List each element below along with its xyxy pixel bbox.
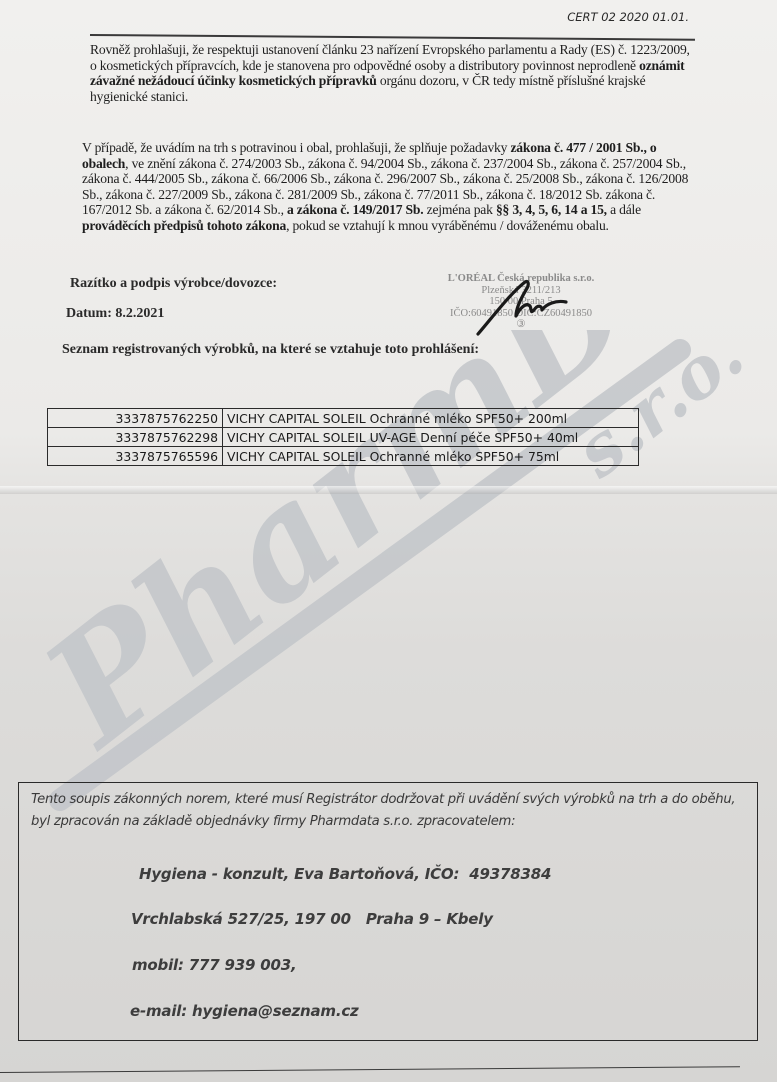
p2-bold-3: §§ 3, 4, 5, 6, 14 a 15, [496, 202, 607, 217]
processor-mobile: mobil: 777 939 003, [132, 956, 296, 974]
p2-text-1: V případě, že uvádím na trh s potravinou… [82, 140, 510, 155]
table-row: 3337875765596 VICHY CAPITAL SOLEIL Ochra… [48, 447, 639, 466]
signature-icon [470, 276, 570, 336]
processor-intro-text: Tento soupis zákonných norem, které musí… [31, 789, 751, 833]
table-row: 3337875762298 VICHY CAPITAL SOLEIL UV-AG… [48, 428, 639, 447]
product-ean: 3337875762250 [48, 409, 223, 428]
processor-company: Hygiena - konzult, Eva Bartoňová, IČO: 4… [139, 865, 551, 883]
document-page: PharmData s.r.o. CERT 02 2020 01.01. Rov… [0, 0, 777, 1082]
svg-text:PharmData: PharmData [40, 330, 777, 781]
p2-text-5: , pokud se vztahují k mnou vyráběnému / … [286, 218, 609, 233]
cert-code: CERT 02 2020 01.01. [567, 10, 689, 24]
p2-text-4: a dále [607, 202, 641, 217]
product-ean: 3337875762298 [48, 428, 223, 447]
cosmetics-declaration-paragraph: Rovněž prohlašuji, že respektuji ustanov… [90, 42, 695, 104]
product-table: 3337875762250 VICHY CAPITAL SOLEIL Ochra… [47, 408, 639, 466]
product-name: VICHY CAPITAL SOLEIL Ochranné mléko SPF5… [223, 447, 639, 466]
table-row: 3337875762250 VICHY CAPITAL SOLEIL Ochra… [48, 409, 639, 428]
p2-text-3: zejména pak [423, 202, 496, 217]
product-name: VICHY CAPITAL SOLEIL Ochranné mléko SPF5… [223, 409, 639, 428]
stamp-signature-label: Razítko a podpis výrobce/dovozce: [70, 276, 277, 292]
p2-bold-2: a zákona č. 149/2017 Sb. [287, 202, 423, 217]
date-label: Datum: 8.2.2021 [66, 306, 164, 322]
packaging-declaration-paragraph: V případě, že uvádím na trh s potravinou… [82, 140, 700, 234]
p1-text-1: Rovněž prohlašuji, že respektuji ustanov… [90, 42, 690, 73]
processor-address: Vrchlabská 527/25, 197 00 Praha 9 – Kbel… [131, 910, 493, 928]
processor-info-box: Tento soupis zákonných norem, které musí… [18, 782, 758, 1041]
product-name: VICHY CAPITAL SOLEIL UV-AGE Denní péče S… [223, 428, 639, 447]
paper-fold [0, 486, 777, 494]
processor-email: e-mail: hygiena@seznam.cz [130, 1002, 359, 1020]
p2-bold-4: prováděcích předpisů tohoto zákona [82, 218, 286, 233]
top-divider [90, 34, 695, 40]
product-ean: 3337875765596 [48, 447, 223, 466]
bottom-divider [0, 1066, 740, 1073]
product-list-label: Seznam registrovaných výrobků, na které … [62, 342, 479, 358]
